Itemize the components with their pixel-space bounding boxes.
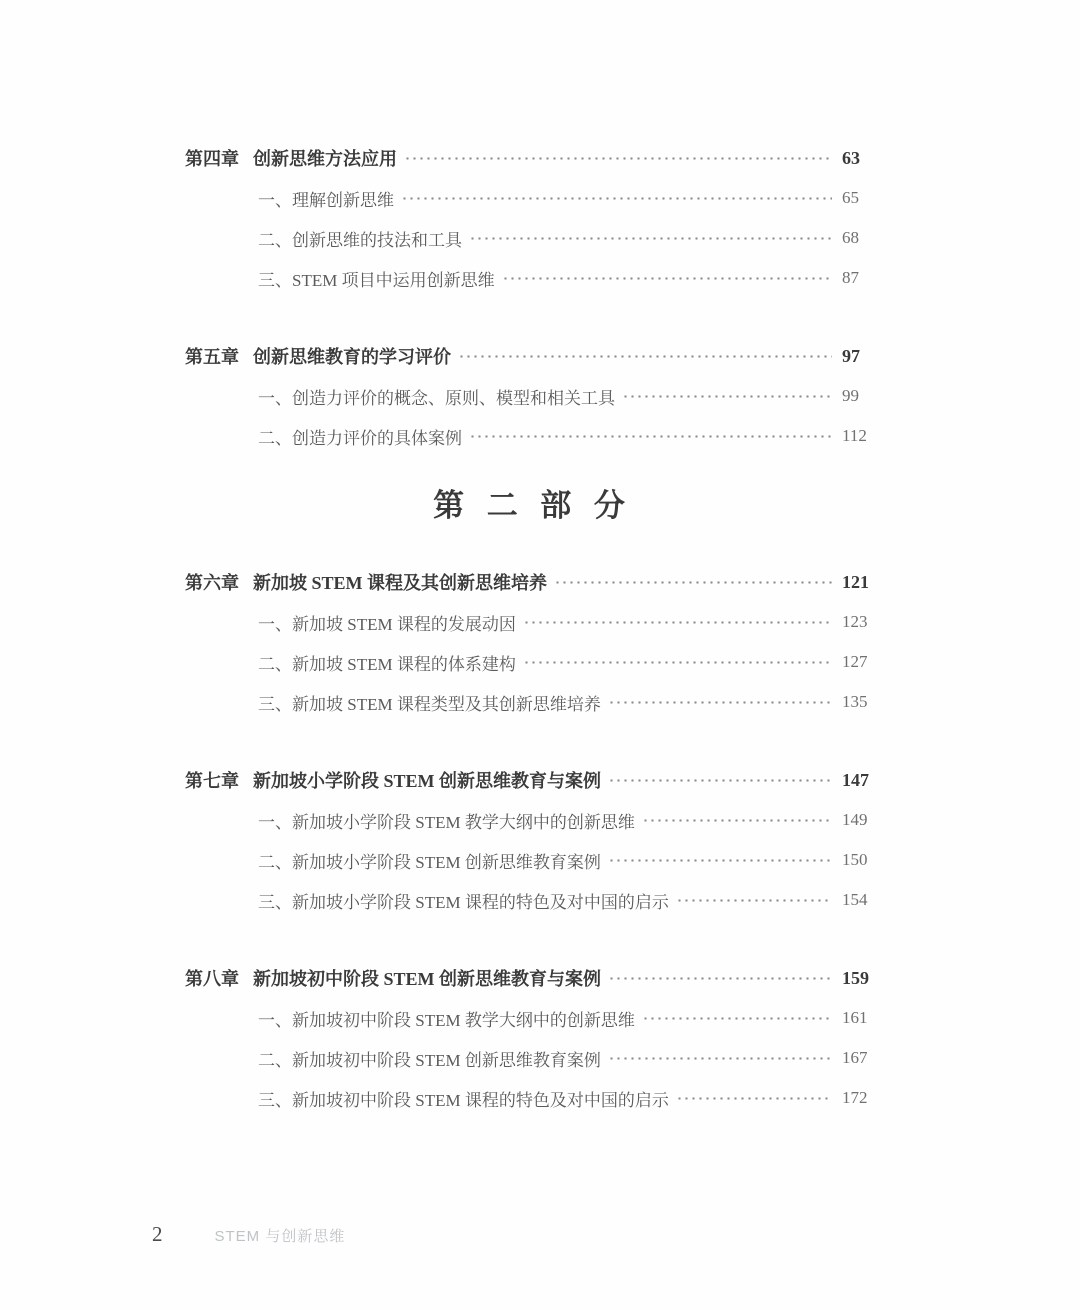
subitem-title: 一、新加坡初中阶段 STEM 教学大纲中的创新思维 bbox=[258, 1006, 635, 1031]
toc-section-chapter4: 第四章 创新思维方法应用 63 一、理解创新思维 65 二、创新思维的技法和工具… bbox=[185, 138, 880, 298]
chapter-label: 第四章 bbox=[185, 145, 253, 171]
toc-page: 第四章 创新思维方法应用 63 一、理解创新思维 65 二、创新思维的技法和工具… bbox=[0, 0, 1080, 1310]
table-of-contents: 第四章 创新思维方法应用 63 一、理解创新思维 65 二、创新思维的技法和工具… bbox=[0, 0, 1080, 1118]
toc-subitem-row: 二、创造力评价的具体案例 112 bbox=[185, 416, 880, 456]
subitem-title: 一、创造力评价的概念、原则、模型和相关工具 bbox=[258, 384, 615, 409]
chapter-page-number: 147 bbox=[842, 770, 880, 791]
dot-leader bbox=[458, 336, 832, 376]
dot-leader bbox=[523, 642, 832, 682]
toc-subitem-row: 三、新加坡小学阶段 STEM 课程的特色及对中国的启示 154 bbox=[185, 880, 880, 920]
toc-subitem-row: 一、新加坡初中阶段 STEM 教学大纲中的创新思维 161 bbox=[185, 998, 880, 1038]
subitem-page-number: 172 bbox=[842, 1088, 880, 1108]
toc-subitem-row: 三、新加坡 STEM 课程类型及其创新思维培养 135 bbox=[185, 682, 880, 722]
subitem-page-number: 99 bbox=[842, 386, 880, 406]
chapter-title: 新加坡 STEM 课程及其创新思维培养 bbox=[253, 569, 547, 595]
toc-chapter-row: 第七章 新加坡小学阶段 STEM 创新思维教育与案例 147 bbox=[185, 760, 880, 800]
dot-leader bbox=[404, 138, 832, 178]
toc-subitem-row: 三、STEM 项目中运用创新思维 87 bbox=[185, 258, 880, 298]
toc-chapter-row: 第五章 创新思维教育的学习评价 97 bbox=[185, 336, 880, 376]
footer-page-number: 2 bbox=[152, 1222, 163, 1247]
chapter-title: 创新思维教育的学习评价 bbox=[253, 343, 451, 369]
chapter-title: 新加坡小学阶段 STEM 创新思维教育与案例 bbox=[253, 767, 601, 793]
dot-leader bbox=[502, 258, 832, 298]
toc-subitem-row: 一、创造力评价的概念、原则、模型和相关工具 99 bbox=[185, 376, 880, 416]
toc-section-chapter5: 第五章 创新思维教育的学习评价 97 一、创造力评价的概念、原则、模型和相关工具… bbox=[185, 336, 880, 456]
chapter-page-number: 97 bbox=[842, 346, 880, 367]
subitem-page-number: 65 bbox=[842, 188, 880, 208]
dot-leader bbox=[642, 800, 832, 840]
subitem-title: 二、创造力评价的具体案例 bbox=[258, 424, 462, 449]
dot-leader bbox=[554, 562, 832, 602]
chapter-label: 第五章 bbox=[185, 343, 253, 369]
chapter-label: 第六章 bbox=[185, 569, 253, 595]
subitem-title: 二、创新思维的技法和工具 bbox=[258, 226, 462, 251]
dot-leader bbox=[676, 1078, 832, 1118]
chapter-label: 第八章 bbox=[185, 965, 253, 991]
subitem-title: 三、新加坡 STEM 课程类型及其创新思维培养 bbox=[258, 690, 601, 715]
toc-chapter-row: 第六章 新加坡 STEM 课程及其创新思维培养 121 bbox=[185, 562, 880, 602]
dot-leader bbox=[469, 416, 832, 456]
dot-leader bbox=[622, 376, 832, 416]
subitem-page-number: 112 bbox=[842, 426, 880, 446]
chapter-title: 创新思维方法应用 bbox=[253, 145, 397, 171]
dot-leader bbox=[642, 998, 832, 1038]
subitem-title: 一、新加坡小学阶段 STEM 教学大纲中的创新思维 bbox=[258, 808, 635, 833]
chapter-title: 新加坡初中阶段 STEM 创新思维教育与案例 bbox=[253, 965, 601, 991]
dot-leader bbox=[608, 760, 832, 800]
toc-subitem-row: 一、新加坡 STEM 课程的发展动因 123 bbox=[185, 602, 880, 642]
subitem-page-number: 167 bbox=[842, 1048, 880, 1068]
part2-heading: 第 二 部 分 bbox=[185, 484, 880, 527]
dot-leader bbox=[401, 178, 832, 218]
dot-leader bbox=[608, 682, 832, 722]
toc-subitem-row: 二、新加坡初中阶段 STEM 创新思维教育案例 167 bbox=[185, 1038, 880, 1078]
subitem-title: 二、新加坡小学阶段 STEM 创新思维教育案例 bbox=[258, 848, 601, 873]
subitem-page-number: 87 bbox=[842, 268, 880, 288]
subitem-title: 二、新加坡 STEM 课程的体系建构 bbox=[258, 650, 516, 675]
toc-subitem-row: 二、新加坡小学阶段 STEM 创新思维教育案例 150 bbox=[185, 840, 880, 880]
subitem-page-number: 123 bbox=[842, 612, 880, 632]
subitem-page-number: 135 bbox=[842, 692, 880, 712]
subitem-page-number: 127 bbox=[842, 652, 880, 672]
dot-leader bbox=[469, 218, 832, 258]
toc-subitem-row: 二、新加坡 STEM 课程的体系建构 127 bbox=[185, 642, 880, 682]
toc-chapter-row: 第四章 创新思维方法应用 63 bbox=[185, 138, 880, 178]
subitem-title: 一、新加坡 STEM 课程的发展动因 bbox=[258, 610, 516, 635]
toc-chapter-row: 第八章 新加坡初中阶段 STEM 创新思维教育与案例 159 bbox=[185, 958, 880, 998]
toc-subitem-row: 三、新加坡初中阶段 STEM 课程的特色及对中国的启示 172 bbox=[185, 1078, 880, 1118]
subitem-title: 三、新加坡初中阶段 STEM 课程的特色及对中国的启示 bbox=[258, 1086, 669, 1111]
toc-subitem-row: 一、新加坡小学阶段 STEM 教学大纲中的创新思维 149 bbox=[185, 800, 880, 840]
page-footer: 2 STEM 与创新思维 bbox=[152, 1222, 345, 1247]
subitem-page-number: 154 bbox=[842, 890, 880, 910]
toc-section-chapter7: 第七章 新加坡小学阶段 STEM 创新思维教育与案例 147 一、新加坡小学阶段… bbox=[185, 760, 880, 920]
chapter-page-number: 159 bbox=[842, 968, 880, 989]
dot-leader bbox=[608, 1038, 832, 1078]
subitem-title: 三、STEM 项目中运用创新思维 bbox=[258, 266, 495, 291]
footer-book-title: STEM 与创新思维 bbox=[215, 1225, 346, 1246]
subitem-title: 三、新加坡小学阶段 STEM 课程的特色及对中国的启示 bbox=[258, 888, 669, 913]
dot-leader bbox=[608, 958, 832, 998]
toc-subitem-row: 一、理解创新思维 65 bbox=[185, 178, 880, 218]
chapter-label: 第七章 bbox=[185, 767, 253, 793]
dot-leader bbox=[608, 840, 832, 880]
chapter-page-number: 63 bbox=[842, 148, 880, 169]
dot-leader bbox=[676, 880, 832, 920]
subitem-page-number: 161 bbox=[842, 1008, 880, 1028]
dot-leader bbox=[523, 602, 832, 642]
subitem-page-number: 149 bbox=[842, 810, 880, 830]
chapter-page-number: 121 bbox=[842, 572, 880, 593]
toc-section-chapter8: 第八章 新加坡初中阶段 STEM 创新思维教育与案例 159 一、新加坡初中阶段… bbox=[185, 958, 880, 1118]
subitem-title: 一、理解创新思维 bbox=[258, 186, 394, 211]
toc-section-chapter6: 第六章 新加坡 STEM 课程及其创新思维培养 121 一、新加坡 STEM 课… bbox=[185, 562, 880, 722]
toc-subitem-row: 二、创新思维的技法和工具 68 bbox=[185, 218, 880, 258]
subitem-page-number: 150 bbox=[842, 850, 880, 870]
subitem-title: 二、新加坡初中阶段 STEM 创新思维教育案例 bbox=[258, 1046, 601, 1071]
subitem-page-number: 68 bbox=[842, 228, 880, 248]
